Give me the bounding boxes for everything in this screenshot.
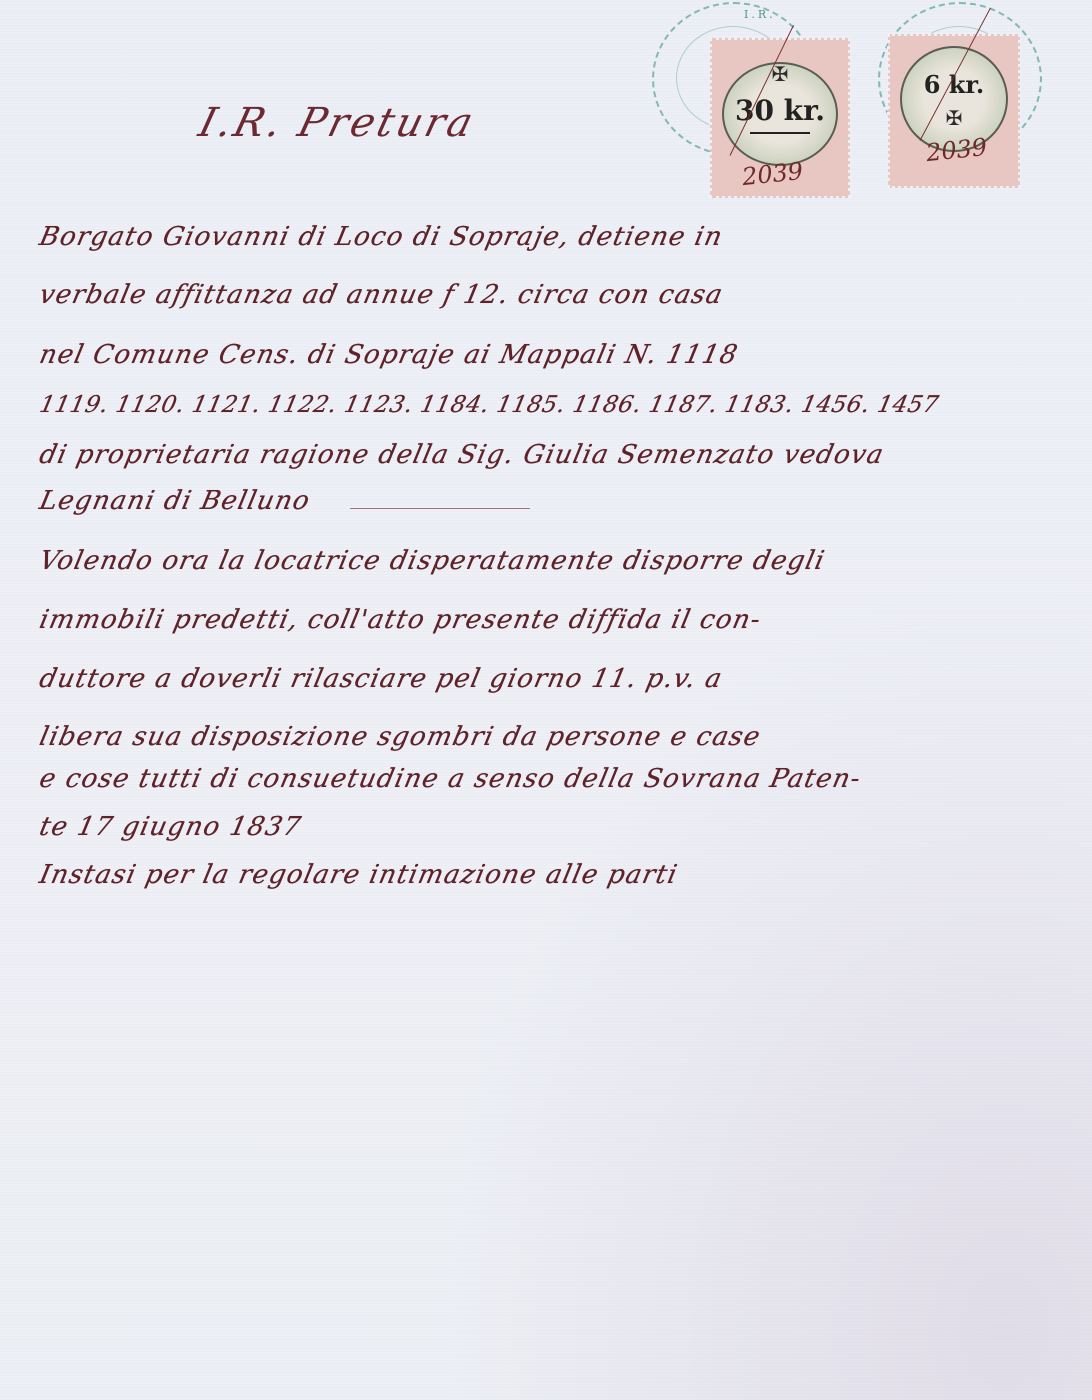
revenue-stamp-30kr: ✠ 30 kr. 2039 [712, 40, 848, 196]
stamp-value: 30 kr. [712, 94, 848, 127]
text-line-11: e cose tutti di consuetudine a senso del… [37, 764, 864, 794]
stamp-handwritten-number: 2039 [741, 157, 805, 191]
text-line-12: te 17 giugno 1837 [37, 812, 304, 842]
revenue-stamp-6kr: 6 kr. ✠ 2039 [890, 36, 1018, 186]
text-line-9: duttore a doverli rilasciare pel giorno … [37, 664, 726, 694]
flourish-line [350, 508, 530, 509]
double-headed-eagle-icon: ✠ [946, 106, 963, 130]
text-line-6: Legnani di Belluno [37, 486, 313, 516]
text-line-3: nel Comune Cens. di Sopraje ai Mappali N… [37, 340, 741, 370]
text-line-5: di proprietaria ragione della Sig. Giuli… [37, 440, 887, 470]
stamp-handwritten-number: 2039 [925, 133, 989, 167]
postmark-text: I.R. [744, 8, 776, 21]
stamp-value-underline [750, 132, 810, 134]
document-heading: I.R. Pretura [194, 100, 480, 146]
text-line-13: Instasi per la regolare intimazione alle… [37, 860, 681, 890]
text-line-10: libera sua disposizione sgombri da perso… [37, 722, 764, 752]
text-line-7: Volendo ora la locatrice disperatamente … [37, 546, 828, 576]
text-line-8: immobili predetti, coll'atto presente di… [37, 605, 764, 635]
document-page: I.R. ✠ 30 kr. 2039 6 kr. ✠ 2039 I.R. Pre… [0, 0, 1092, 1400]
text-line-1: Borgato Giovanni di Loco di Sopraje, det… [37, 222, 726, 252]
text-line-4: 1119. 1120. 1121. 1122. 1123. 1184. 1185… [37, 392, 941, 418]
text-line-2: verbale affittanza ad annue f 12. circa … [37, 280, 726, 310]
